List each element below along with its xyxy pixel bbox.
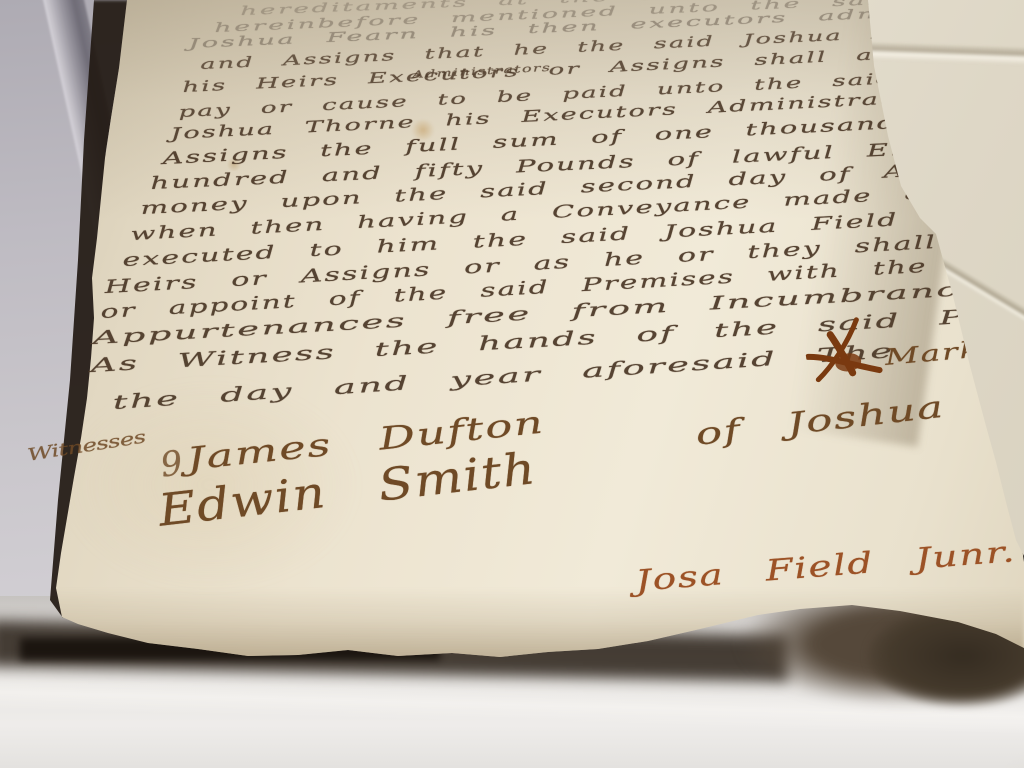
photo-of-handwritten-deed: hereditaments at the same belonging To h… (0, 0, 1024, 768)
fold-crease (856, 41, 1024, 65)
x-mark-of-joshua-fearn (801, 313, 884, 395)
